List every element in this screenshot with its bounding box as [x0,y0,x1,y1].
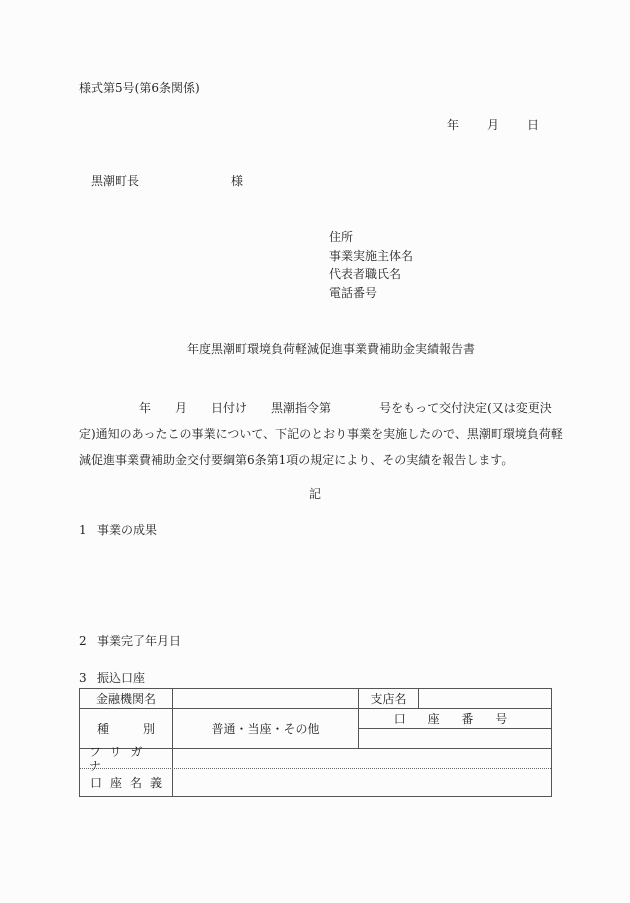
form-number: 様式第5号(第6条関係) [79,80,200,96]
section-results: 1事業の成果 [79,522,157,538]
addressee-name: 黒潮町長 [91,174,139,188]
date-day: 日 [527,117,539,133]
section-label: 事業の成果 [97,523,157,537]
section-label: 振込口座 [97,671,145,685]
applicant-phone-label: 電話番号 [329,284,413,303]
institution-input[interactable] [173,689,358,708]
date-year: 年 [447,117,459,133]
body-line1-rest: 号をもって交付決定(又は変更決 [379,400,552,416]
body-directive: 黒潮指令第 [271,400,331,416]
body-year: 年 [139,400,151,416]
section-label: 事業完了年月日 [97,634,181,648]
report-date: 年月日 [447,117,539,133]
institution-label: 金融機関名 [80,689,172,708]
body-month: 月 [175,400,187,416]
applicant-representative-label: 代表者職氏名 [329,265,413,284]
body-day-dated: 日付け [211,400,247,416]
applicant-block: 住所 事業実施主体名 代表者職氏名 電話番号 [329,228,413,302]
document-title: 年度黒潮町環境負荷軽減促進事業費補助金実績報告書 [187,341,475,357]
applicant-entity-label: 事業実施主体名 [329,247,413,266]
section-number: 1 [79,522,97,538]
body-line-1: 年月日付け黒潮指令第号をもって交付決定(又は変更決 [79,400,554,426]
account-type-label: 種別 [80,709,172,748]
branch-label: 支店名 [359,689,418,708]
applicant-address-label: 住所 [329,228,413,247]
furigana-label: フリガナ [80,749,172,768]
account-type-options[interactable]: 普通・当座・その他 [173,709,358,748]
account-holder-input[interactable] [173,769,551,796]
account-number-label: 口 座 番 号 [359,709,551,728]
account-number-input[interactable] [359,729,551,748]
branch-input[interactable] [419,689,551,708]
section-number: 2 [79,633,97,649]
body-line-3: 減促進事業費補助金交付要綱第6条第1項の規定により、その実績を報告します。 [79,452,554,478]
body-line-2: 定)通知のあったこの事業について、下記のとおり事業を実施したので、黒潮町環境負荷… [79,426,554,452]
furigana-input[interactable] [173,749,551,768]
addressee-honorific: 様 [231,173,243,189]
section-completion-date: 2事業完了年月日 [79,633,181,649]
section-bank-account: 3振込口座 [79,670,145,686]
section-number: 3 [79,670,97,686]
report-body: 年月日付け黒潮指令第号をもって交付決定(又は変更決 定)通知のあったこの事業につ… [79,400,554,478]
bank-account-table: 金融機関名 支店名 種別 普通・当座・その他 口 座 番 号 フリガナ 口座名義 [79,688,552,797]
account-holder-label: 口座名義 [80,769,172,796]
date-month: 月 [487,117,499,133]
ki-heading: 記 [309,486,321,502]
addressee: 黒潮町長 様 [91,173,139,189]
